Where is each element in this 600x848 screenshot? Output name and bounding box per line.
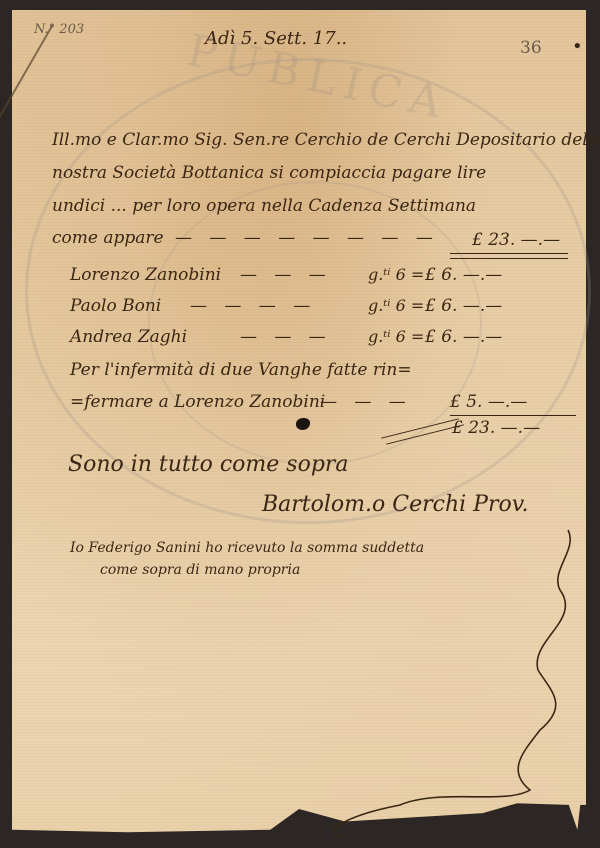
date-line: Adì 5. Sett. 17..	[205, 28, 347, 49]
entry-dashes: — — — —	[190, 296, 316, 316]
entry-rate: g.ᵗⁱ 6 =	[368, 265, 424, 284]
subtotal-rule-2	[450, 258, 568, 259]
entry-name: Lorenzo Zanobini	[70, 265, 221, 285]
extra-entry-dashes: — — —	[320, 392, 412, 412]
receipt-line: Sono in tutto come sopra	[68, 452, 349, 477]
folio-number: 36	[520, 38, 542, 58]
entry-dashes: — — —	[240, 327, 332, 347]
entry-rate: g.ᵗⁱ 6 =	[368, 327, 424, 346]
body-line-4-dashes: — — — — — — — —	[175, 228, 439, 248]
extra-entry-amount: £ 5. —.—	[450, 392, 527, 412]
entry-name: Andrea Zaghi	[70, 327, 187, 347]
body-line-1: Ill.mo e Clar.mo Sig. Sen.re Cerchio de …	[52, 130, 600, 150]
attestation-line-2: come sopra di mano propria	[100, 562, 300, 578]
total-amount: £ 23. —.—	[452, 418, 540, 438]
subtotal-rule-1	[450, 253, 568, 254]
entry-amount: £ 6. —.—	[425, 327, 502, 347]
body-line-4: come appare	[52, 228, 164, 248]
total-rule	[450, 415, 576, 416]
entry-rate: g.ᵗⁱ 6 =	[368, 296, 424, 315]
entry-amount: £ 6. —.—	[425, 296, 502, 316]
entry-amount: £ 6. —.—	[425, 265, 502, 285]
ink-dot: •	[572, 36, 583, 57]
body-line-2: nostra Società Bottanica si compiaccia p…	[52, 163, 486, 183]
entry-dashes: — — —	[240, 265, 332, 285]
signature-flourish-stroke	[320, 470, 600, 840]
extra-entry-line-2: =fermare a Lorenzo Zanobini	[70, 392, 325, 412]
watermark-seal-inner-ring	[148, 181, 482, 465]
entry-name: Paolo Boni	[70, 296, 161, 316]
subtotal-amount: £ 23. —.—	[472, 230, 560, 250]
extra-entry-line-1: Per l'infermità di due Vanghe fatte rin=	[70, 360, 412, 380]
reference-number: N.° 203	[34, 22, 84, 37]
body-line-3: undici ... per loro opera nella Cadenza …	[52, 196, 476, 216]
